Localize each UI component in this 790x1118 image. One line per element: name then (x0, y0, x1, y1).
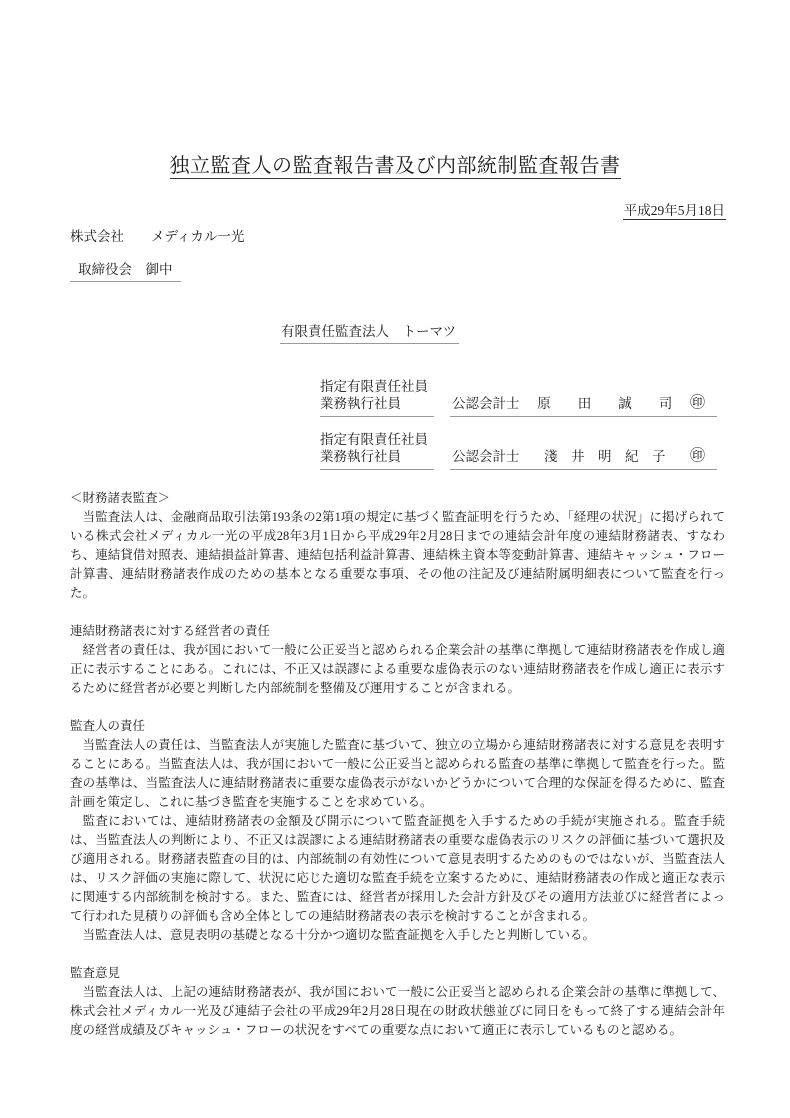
audit-report-page: 独立監査人の監査報告書及び内部統制監査報告書 平成29年5月18日 株式会社 メ… (0, 0, 790, 1118)
page-title-text: 独立監査人の監査報告書及び内部統制監査報告書 (170, 155, 621, 179)
signatory-role-line1: 指定有限責任社員 (320, 378, 434, 395)
section-auditor-responsibility: 監査人の責任 当監査法人の責任は、当監査法人が実施した監査に基づいて、独立の立場… (70, 717, 725, 945)
section-heading: 監査意見 (70, 964, 725, 983)
addressee-row: 取締役会 御中 (70, 260, 790, 282)
addressee: 取締役会 御中 (70, 260, 181, 282)
signatory-line-1: 公認会計士 原 田 誠 司 ㊞ (450, 395, 717, 417)
section-heading: 監査人の責任 (70, 717, 725, 736)
signature-row-2: 指定有限責任社員 業務執行社員 公認会計士 淺 井 明 紀 子 ㊞ (320, 431, 790, 470)
seal-icon: ㊞ (690, 395, 705, 412)
section-audit-opinion: 監査意見 当監査法人は、上記の連結財務諸表が、我が国において一般に公正妥当と認め… (70, 964, 725, 1040)
audit-firm-name: 有限責任監査法人 トーマツ (280, 322, 459, 344)
signatory-role-2: 指定有限責任社員 業務執行社員 (320, 431, 434, 470)
audit-firm-row: 有限責任監査法人 トーマツ (280, 322, 790, 344)
signatory-line-2: 公認会計士 淺 井 明 紀 子 ㊞ (450, 448, 717, 470)
section-heading: ＜財務諸表監査＞ (70, 489, 725, 508)
signature-block: 指定有限責任社員 業務執行社員 公認会計士 原 田 誠 司 ㊞ 指定有限責任社員… (320, 378, 790, 470)
signatory-role-line2: 業務執行社員 (320, 448, 434, 465)
page-title: 独立監査人の監査報告書及び内部統制監査報告書 (0, 153, 790, 180)
report-body: ＜財務諸表監査＞ 当監査法人は、金融商品取引法第193条の2第1項の規定に基づく… (70, 489, 725, 1040)
signatory-qualification: 公認会計士 (452, 448, 520, 465)
section-heading: 連結財務諸表に対する経営者の責任 (70, 622, 725, 641)
section-paragraph: 監査においては、連結財務諸表の金額及び開示について監査証拠を入手するための手続が… (70, 812, 725, 926)
section-management-responsibility: 連結財務諸表に対する経営者の責任 経営者の責任は、我が国において一般に公正妥当と… (70, 622, 725, 698)
signature-row-1: 指定有限責任社員 業務執行社員 公認会計士 原 田 誠 司 ㊞ (320, 378, 790, 417)
signatory-qualification: 公認会計士 (452, 395, 520, 412)
report-date: 平成29年5月18日 (623, 203, 726, 220)
signatory-name: 原 田 誠 司 (537, 395, 672, 412)
section-paragraph: 経営者の責任は、我が国において一般に公正妥当と認められる企業会計の基準に準拠して… (70, 641, 725, 698)
section-paragraph: 当監査法人は、上記の連結財務諸表が、我が国において一般に公正妥当と認められる企業… (70, 983, 725, 1040)
addressee-company: 株式会社 メディカル一光 (70, 227, 790, 246)
report-date-row: 平成29年5月18日 (0, 201, 790, 220)
section-financial-statements-audit: ＜財務諸表監査＞ 当監査法人は、金融商品取引法第193条の2第1項の規定に基づく… (70, 489, 725, 603)
signatory-name: 淺 井 明 紀 子 (544, 448, 666, 465)
section-paragraph: 当監査法人は、意見表明の基礎となる十分かつ適切な監査証拠を入手したと判断している… (70, 926, 725, 945)
section-paragraph: 当監査法人の責任は、当監査法人が実施した監査に基づいて、独立の立場から連結財務諸… (70, 736, 725, 812)
signatory-role-line2: 業務執行社員 (320, 395, 434, 412)
signatory-role-line1: 指定有限責任社員 (320, 431, 434, 448)
signatory-role-1: 指定有限責任社員 業務執行社員 (320, 378, 434, 417)
section-paragraph: 当監査法人は、金融商品取引法第193条の2第1項の規定に基づく監査証明を行うため… (70, 508, 725, 603)
seal-icon: ㊞ (690, 448, 705, 465)
